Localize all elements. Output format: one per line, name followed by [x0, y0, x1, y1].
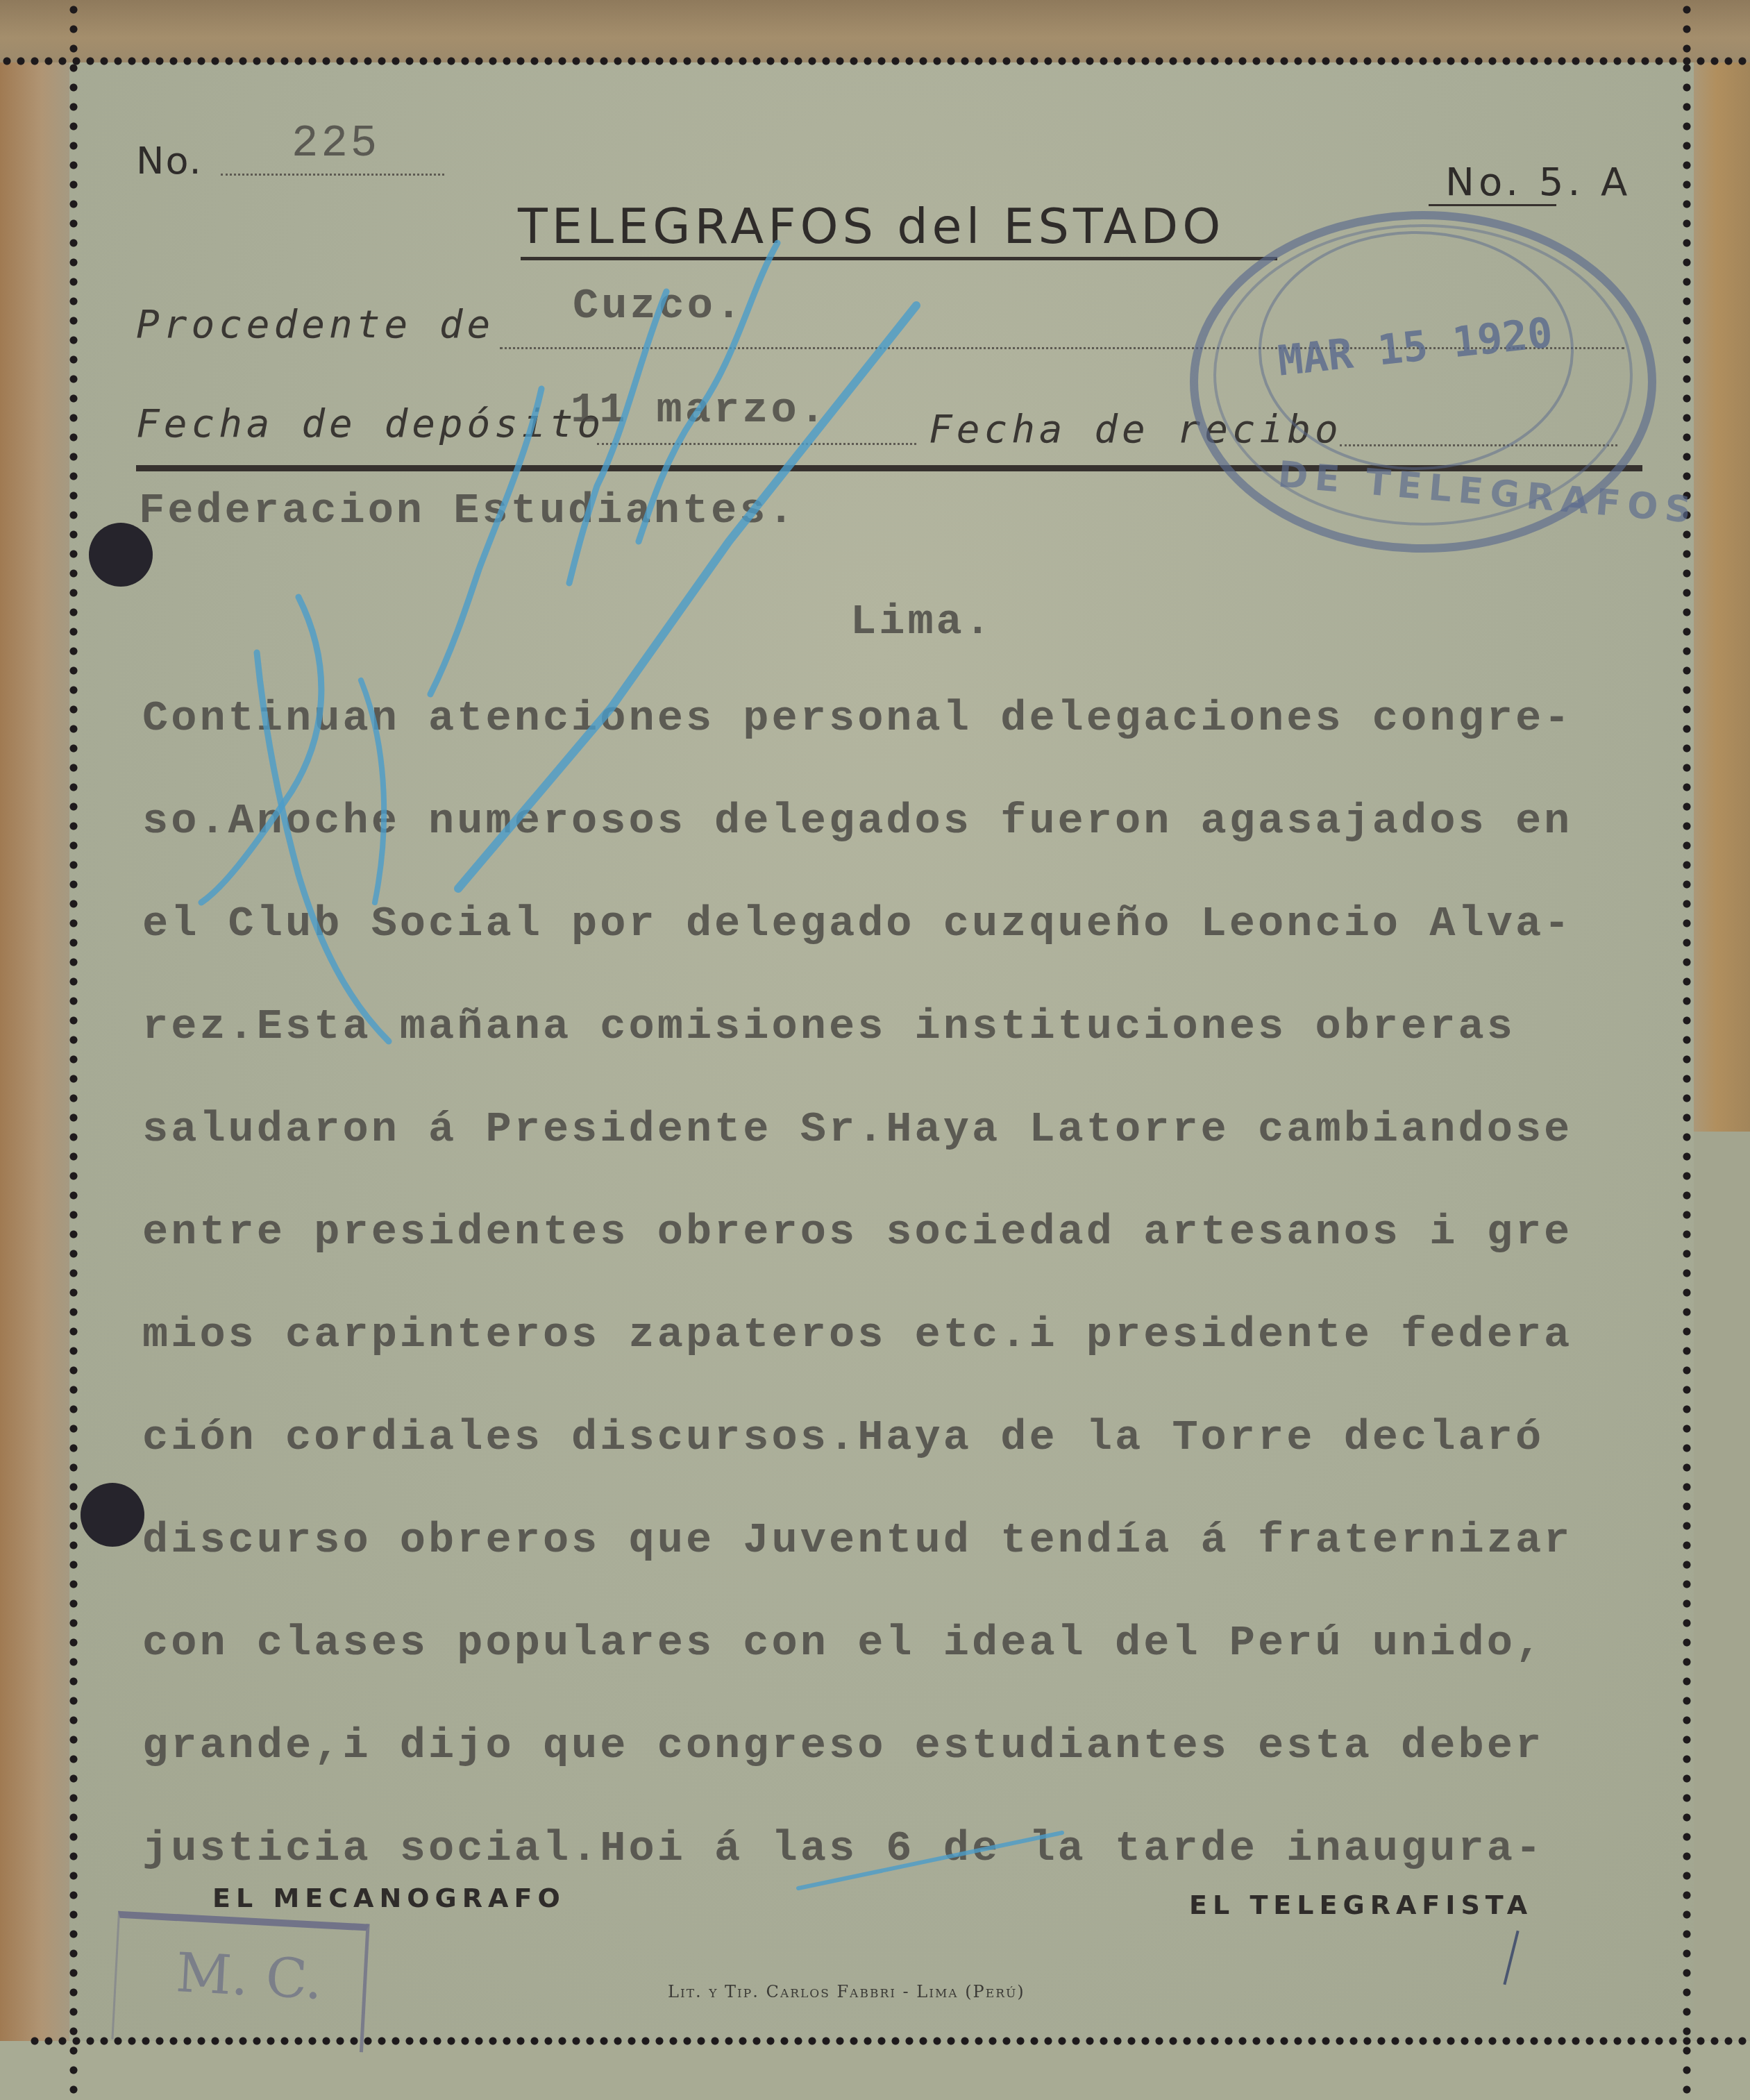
message-addressee: Federacion Estudiantes.	[139, 486, 797, 535]
telegraphist-label: EL TELEGRAFISTA	[1189, 1890, 1533, 1920]
form-code: No. 5. A	[1445, 160, 1631, 205]
deposit-date-label: Fecha de depósito	[136, 401, 605, 446]
perforation-left	[69, 0, 78, 2100]
message-line: con clases populares con el ideal del Pe…	[142, 1615, 1572, 1718]
message-line: entre presidentes obreros sociedad artes…	[142, 1204, 1572, 1307]
message-line: mios carpinteros zapateros etc.i preside…	[142, 1307, 1572, 1410]
telegram-stub-strip	[0, 2041, 1750, 2100]
receipt-date-stamp: MAR 15 1920 DE TELEGRAFOS	[1173, 201, 1694, 562]
punch-hole-lower	[81, 1483, 144, 1547]
mount-backing-top	[0, 0, 1750, 62]
message-line: el Club Social por delegado cuzqueño Leo…	[142, 896, 1572, 999]
form-number-line	[221, 174, 444, 176]
message-destination: Lima.	[850, 597, 993, 646]
mount-backing-right	[1694, 62, 1750, 1132]
page-title: TELEGRAFOS del ESTADO	[518, 198, 1225, 255]
form-number-label: No.	[136, 139, 203, 183]
typist-initials-stamp: M. C.	[111, 1911, 369, 2053]
message-line: saludaron á Presidente Sr.Haya Latorre c…	[142, 1102, 1572, 1204]
typist-initials: M. C.	[174, 1942, 324, 2012]
perforation-top	[0, 57, 1750, 65]
message-line: rez.Esta mañana comisiones instituciones…	[142, 999, 1572, 1102]
title-underline	[521, 257, 1277, 260]
printer-imprint: Lit. y Tip. Carlos Fabbri - Lima (Perú)	[668, 1982, 1025, 2001]
form-number-value: 225	[292, 119, 380, 169]
message-body: Continuan atenciones personal delegacion…	[142, 691, 1572, 1924]
deposit-date-line	[597, 443, 916, 445]
message-line: ción cordiales discursos.Haya de la Torr…	[142, 1410, 1572, 1513]
origin-label: Procedente de	[136, 302, 494, 347]
mount-backing-left	[0, 62, 69, 2100]
message-line: so.Anoche numerosos delegados fueron aga…	[142, 793, 1572, 896]
mount-backing-right-lower	[1694, 1132, 1750, 2100]
message-line: discurso obreros que Juventud tendía á f…	[142, 1513, 1572, 1615]
deposit-date-value: 11 marzo.	[571, 385, 828, 435]
typist-label: EL MECANOGRAFO	[212, 1883, 566, 1913]
message-line: Continuan atenciones personal delegacion…	[142, 691, 1572, 793]
origin-value: Cuzco.	[573, 281, 744, 330]
message-line: grande,i dijo que congreso estudiantes e…	[142, 1718, 1572, 1821]
